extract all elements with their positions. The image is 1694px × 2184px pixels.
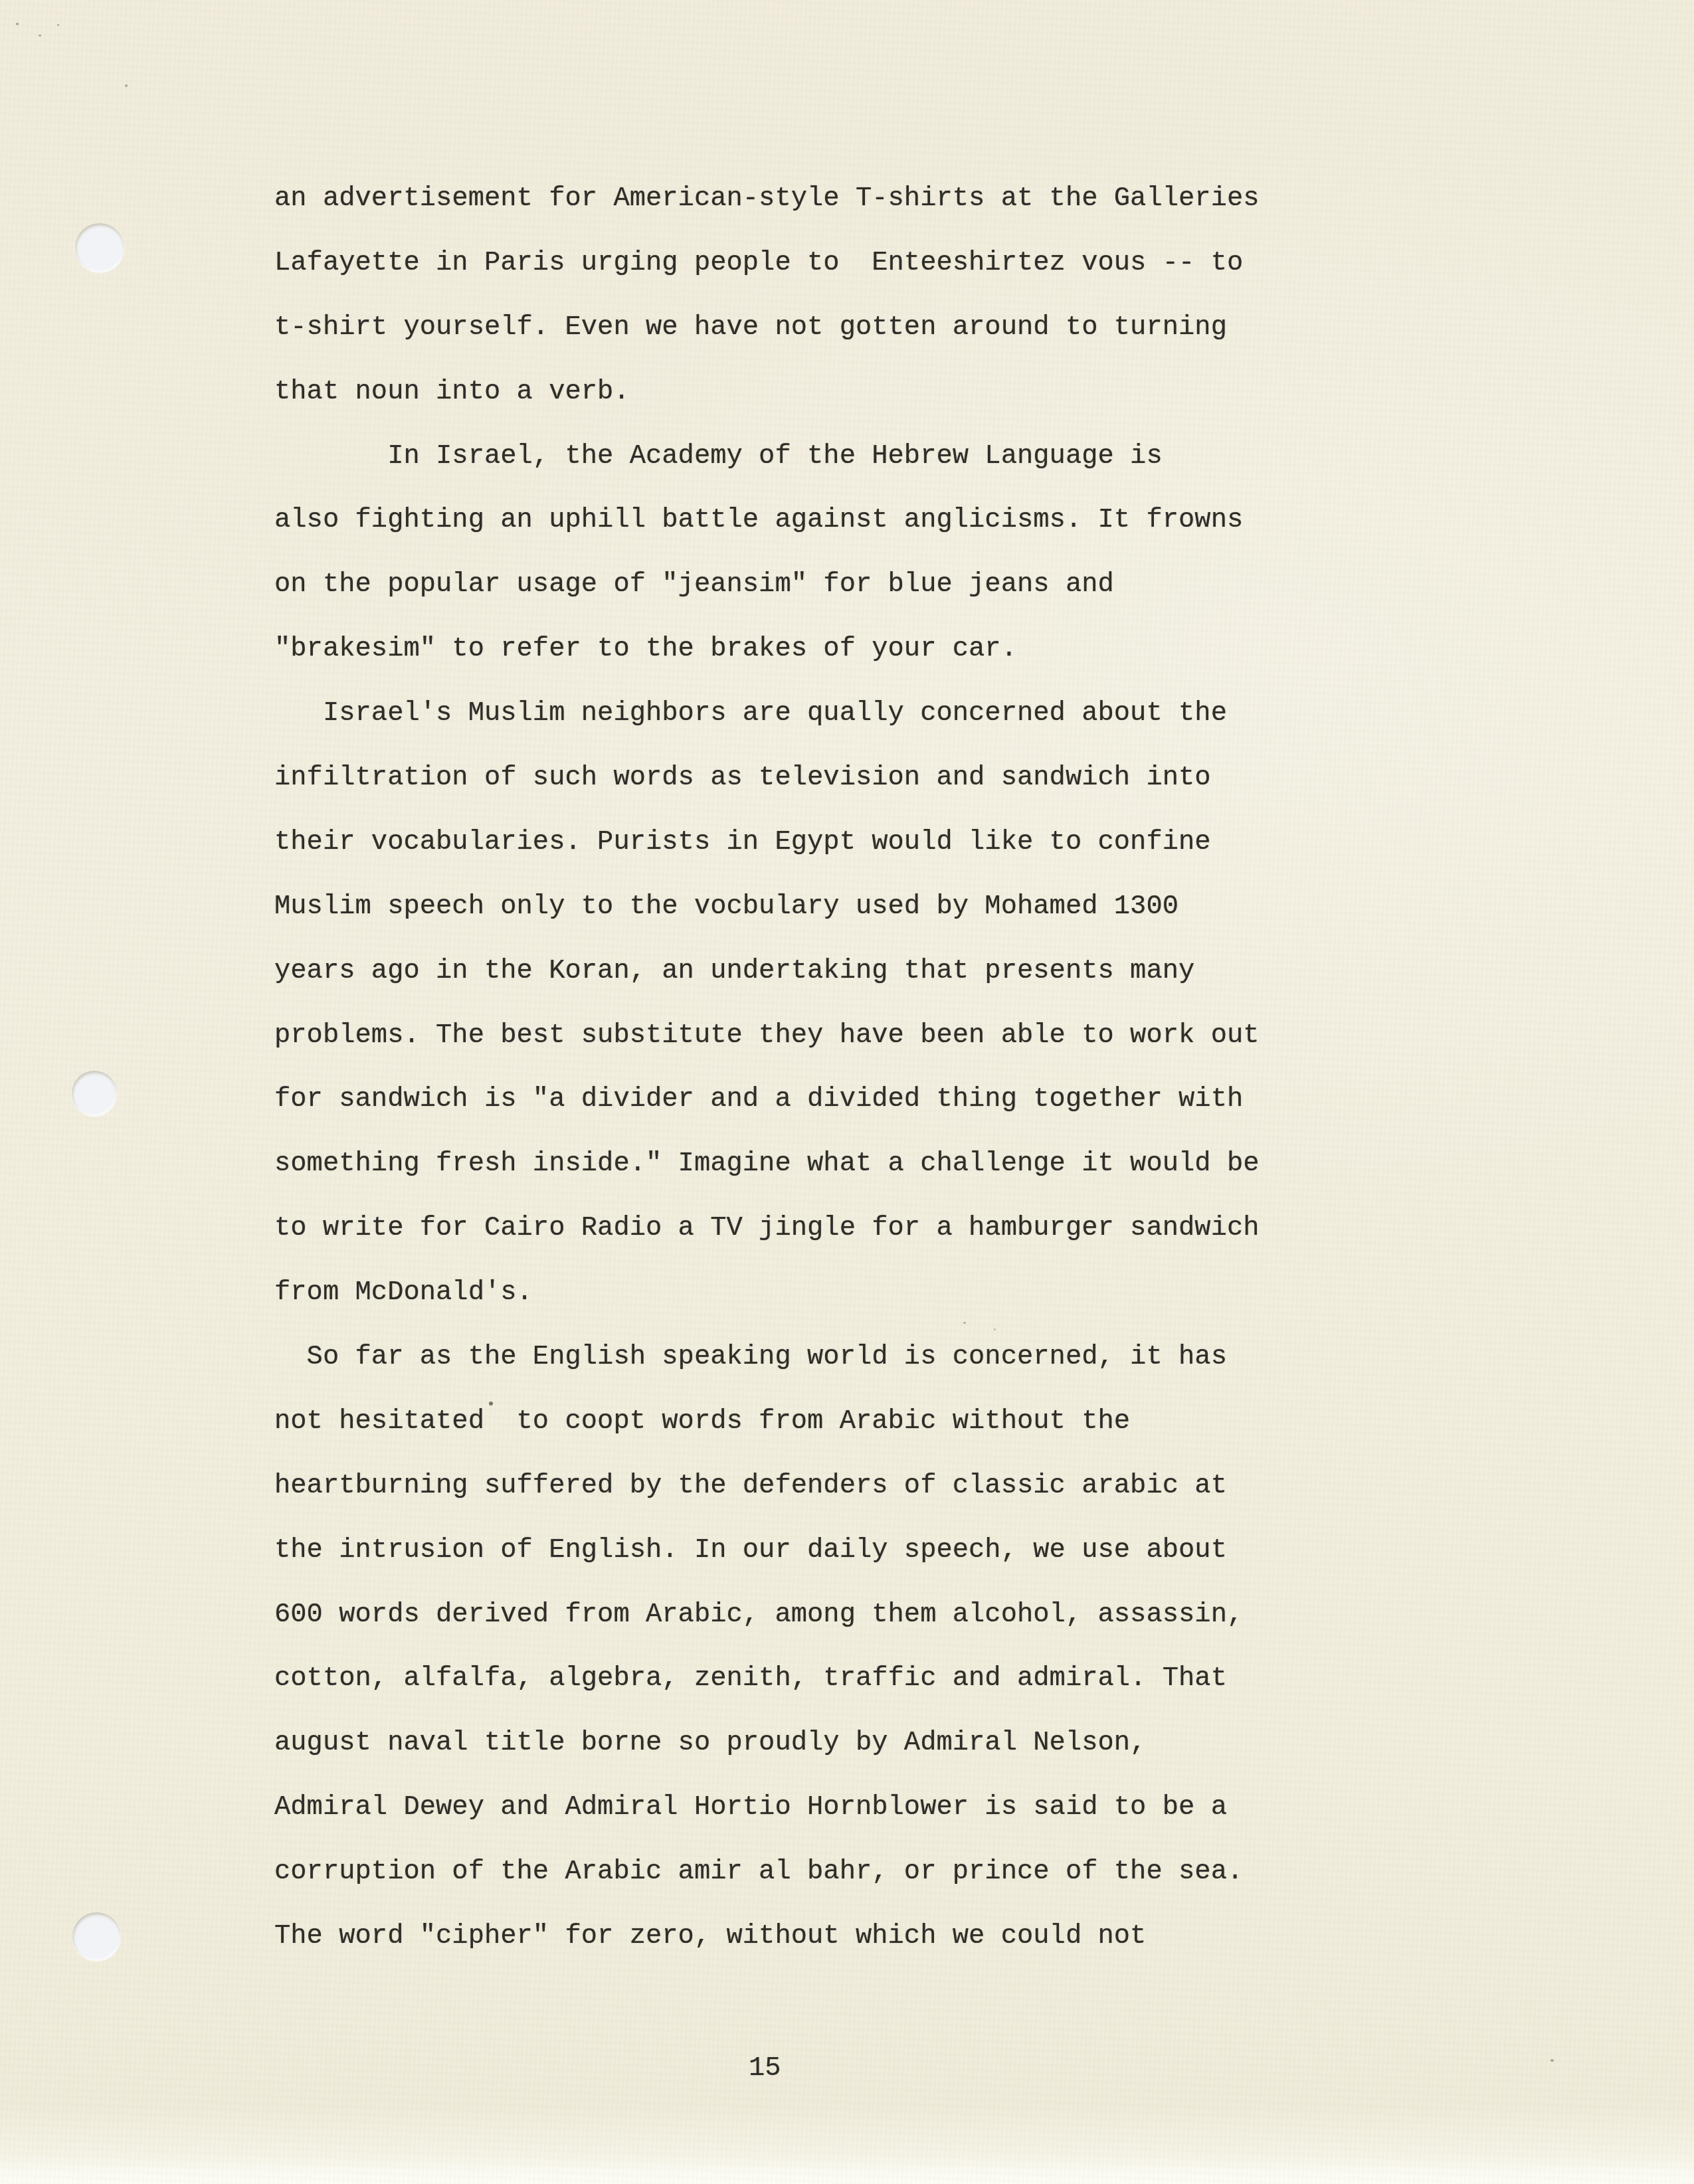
text-line: that noun into a verb. [274, 360, 1260, 424]
text-line: not hesitated to coopt words from Arabic… [274, 1390, 1260, 1454]
text-line: an advertisement for American-style T-sh… [274, 167, 1260, 231]
text-line: corruption of the Arabic amir al bahr, o… [274, 1840, 1260, 1904]
scan-speck [16, 23, 19, 25]
text-line: cotton, alfalfa, algebra, zenith, traffi… [274, 1647, 1260, 1711]
text-line: The word "cipher" for zero, without whic… [274, 1904, 1260, 1969]
text-line: on the popular usage of "jeansim" for bl… [274, 553, 1260, 617]
text-line: from McDonald's. [274, 1261, 1260, 1325]
text-line: their vocabularies. Purists in Egypt wou… [274, 810, 1260, 875]
text-line: to write for Cairo Radio a TV jingle for… [274, 1196, 1260, 1261]
text-line: Lafayette in Paris urging people to Ente… [274, 231, 1260, 296]
text-line: "brakesim" to refer to the brakes of you… [274, 617, 1260, 682]
hole-punch [72, 1071, 117, 1116]
text-line: Admiral Dewey and Admiral Hortio Hornblo… [274, 1775, 1260, 1840]
page-number: 15 [749, 2037, 781, 2101]
text-line: In Israel, the Academy of the Hebrew Lan… [274, 424, 1260, 489]
scan-speck [1551, 2059, 1554, 2062]
text-line: Muslim speech only to the vocbulary used… [274, 875, 1260, 939]
text-line: also fighting an uphill battle against a… [274, 488, 1260, 553]
text-line: the intrusion of English. In our daily s… [274, 1518, 1260, 1583]
text-line: t-shirt yourself. Even we have not gotte… [274, 296, 1260, 360]
typewritten-text: an advertisement for American-style T-sh… [274, 167, 1260, 1969]
text-line: infiltration of such words as television… [274, 746, 1260, 810]
text-line: Israel's Muslim neighbors are qually con… [274, 682, 1260, 746]
text-line: years ago in the Koran, an undertaking t… [274, 939, 1260, 1004]
text-line: august naval title borne so proudly by A… [274, 1711, 1260, 1775]
scan-speck [57, 24, 59, 26]
text-line: something fresh inside." Imagine what a … [274, 1132, 1260, 1196]
scan-speck [39, 35, 41, 37]
hole-punch [75, 223, 124, 272]
text-line: So far as the English speaking world is … [274, 1325, 1260, 1390]
text-line: problems. The best substitute they have … [274, 1004, 1260, 1068]
hole-punch [72, 1912, 121, 1961]
scanned-page: an advertisement for American-style T-sh… [0, 0, 1694, 2184]
text-line: for sandwich is "a divider and a divided… [274, 1067, 1260, 1132]
text-line: 600 words derived from Arabic, among the… [274, 1583, 1260, 1647]
scan-speck [125, 84, 128, 87]
text-line: heartburning suffered by the defenders o… [274, 1454, 1260, 1518]
